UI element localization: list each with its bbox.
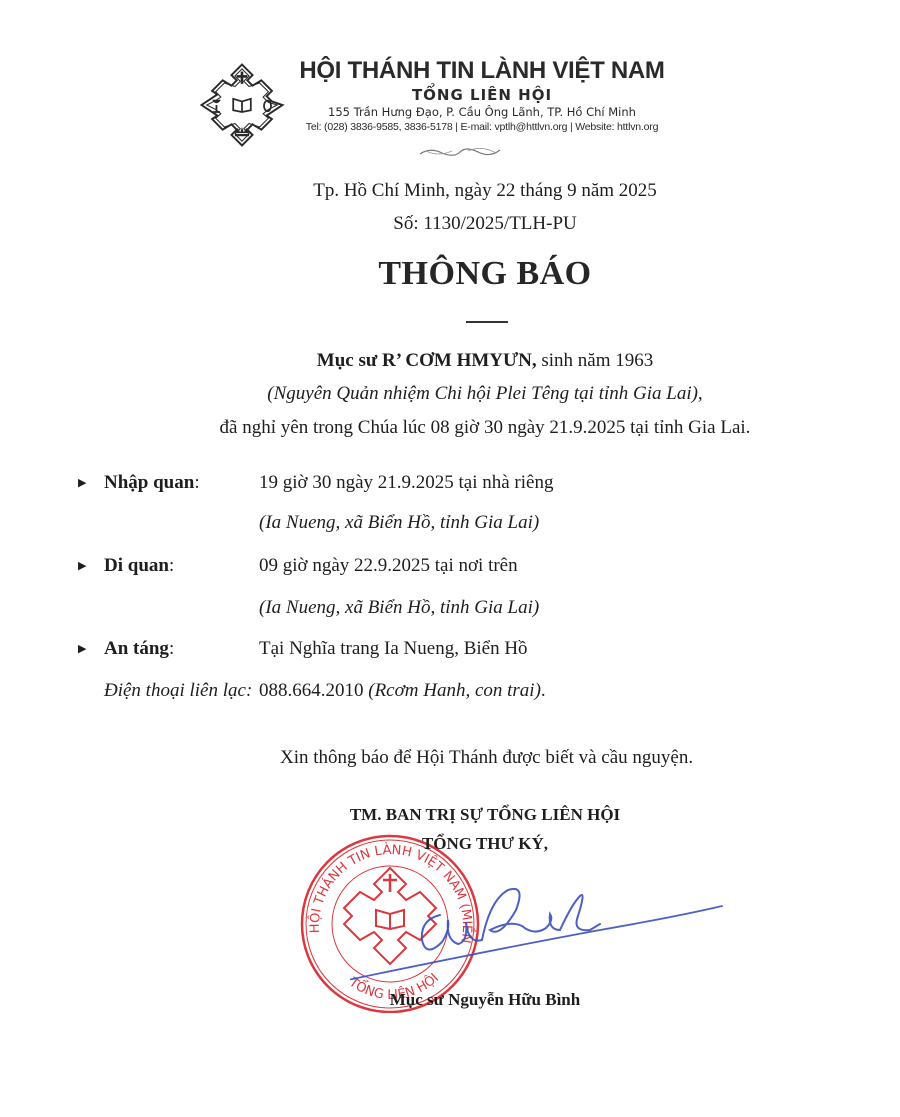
cross-bible-emblem-icon — [198, 59, 286, 151]
letterhead: HỘI THÁNH TIN LÀNH VIỆT NAM TỔNG LIÊN HỘ… — [190, 55, 690, 165]
contact-note: (Rcơm Hanh, con trai) — [364, 680, 541, 701]
document-title: THÔNG BÁO — [0, 255, 900, 293]
detail-value: 09 giờ ngày 22.9.2025 tại nơi trên — [259, 555, 518, 577]
contact-label: Điện thoại liên lạc: — [104, 680, 252, 701]
subject-death: đã nghỉ yên trong Chúa lúc 08 giờ 30 ngà… — [0, 417, 900, 439]
org-subtitle: TỔNG LIÊN HỘI — [282, 86, 682, 104]
contact-phone: 088.664.2010 — [259, 680, 364, 701]
detail-row-burial: ▶An táng: Tại Nghĩa trang Ia Nueng, Biển… — [78, 638, 174, 660]
signer-name: Mục sư Nguyễn Hữu Bình — [0, 990, 900, 1010]
document-number: Số: 1130/2025/TLH-PU — [0, 213, 900, 235]
detail-row-procession: ▶Di quan: 09 giờ ngày 22.9.2025 tại nơi … — [78, 555, 174, 577]
triangle-bullet-icon: ▶ — [78, 476, 104, 489]
contact-row: Điện thoại liên lạc: 088.664.2010 (Rcơm … — [104, 680, 252, 702]
org-contact-line: Tel: (028) 3836-9585, 3836-5178 | E-mail… — [282, 120, 682, 134]
signature-organization: TM. BAN TRỊ SỰ TỔNG LIÊN HỘI — [0, 805, 900, 825]
detail-row-encoffining: ▶Nhập quan: 19 giờ 30 ngày 21.9.2025 tại… — [78, 472, 200, 494]
closing-statement: Xin thông báo để Hội Thánh được biết và … — [280, 747, 693, 769]
subject-birth: sinh năm 1963 — [537, 350, 654, 371]
detail-label: An táng — [104, 638, 169, 659]
signature-role: TỔNG THƯ KÝ, — [0, 834, 900, 854]
org-name: HỘI THÁNH TIN LÀNH VIỆT NAM — [282, 57, 682, 85]
detail-value: Tại Nghĩa trang Ia Nueng, Biển Hồ — [259, 638, 528, 660]
org-address: 155 Trần Hưng Đạo, P. Cầu Ông Lãnh, TP. … — [282, 105, 682, 120]
detail-location: (Ia Nueng, xã Biển Hồ, tỉnh Gia Lai) — [259, 512, 539, 534]
triangle-bullet-icon: ▶ — [78, 642, 104, 655]
detail-location: (Ia Nueng, xã Biển Hồ, tỉnh Gia Lai) — [259, 597, 539, 619]
triangle-bullet-icon: ▶ — [78, 559, 104, 572]
subject-name: Mục sư R’ CƠM HMYƯN, — [317, 350, 537, 371]
contact-value: 088.664.2010 (Rcơm Hanh, con trai). — [259, 680, 546, 702]
date-line: Tp. Hồ Chí Minh, ngày 22 tháng 9 năm 202… — [0, 180, 900, 202]
title-divider — [466, 321, 508, 323]
detail-value: 19 giờ 30 ngày 21.9.2025 tại nhà riêng — [259, 472, 553, 494]
subject-name-line: Mục sư R’ CƠM HMYƯN, sinh năm 1963 — [0, 350, 900, 372]
detail-label: Nhập quan — [104, 472, 194, 493]
handwritten-signature-icon — [350, 860, 750, 980]
ornament-divider-icon — [418, 145, 502, 159]
detail-label: Di quan — [104, 555, 169, 576]
subject-role: (Nguyên Quản nhiệm Chi hội Plei Têng tại… — [0, 383, 900, 405]
